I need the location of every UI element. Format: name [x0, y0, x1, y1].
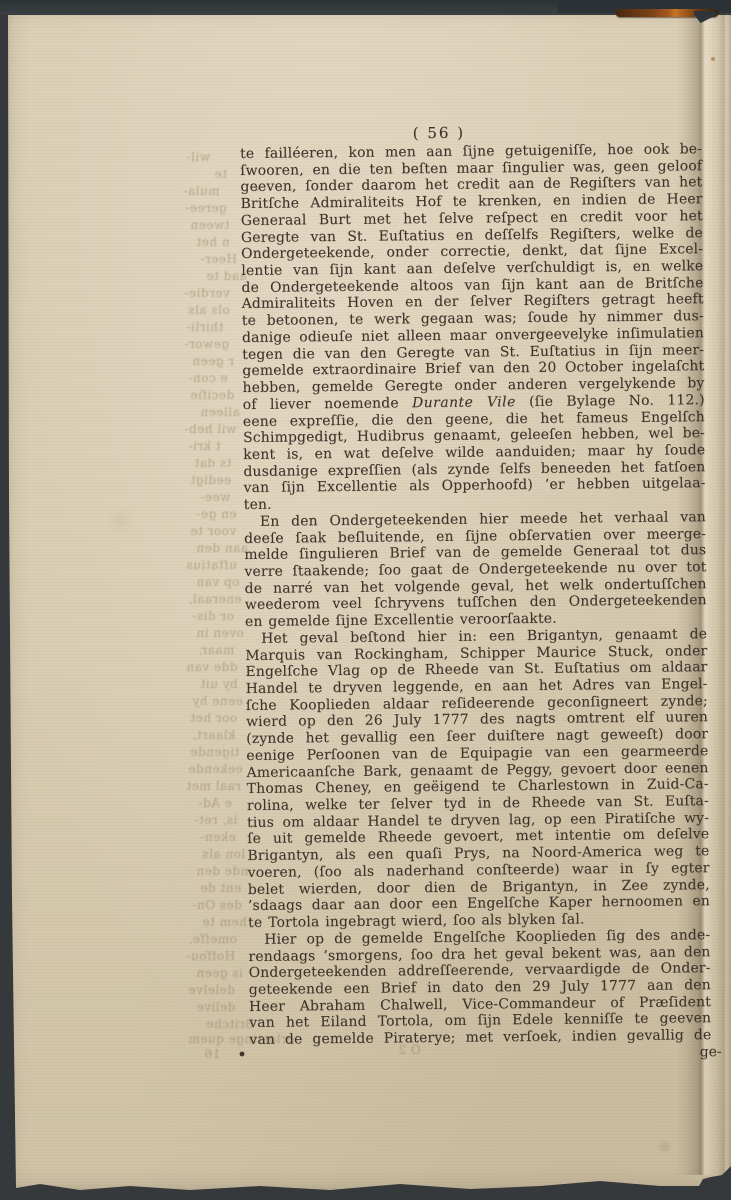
scanned-book-page: wil-temula-geree-tweenn hetHeer-aad teve…: [0, 0, 731, 1200]
page-number: ( 56 ): [393, 123, 485, 142]
page-paper: wil-temula-geree-tweenn hetHeer-aad teve…: [0, 0, 731, 1200]
printed-text-layer: ( 56 ) te failléeren, kon men aan ſijne …: [0, 0, 731, 1200]
body-text: te failléeren, kon men aan ſijne getuige…: [240, 141, 711, 1049]
